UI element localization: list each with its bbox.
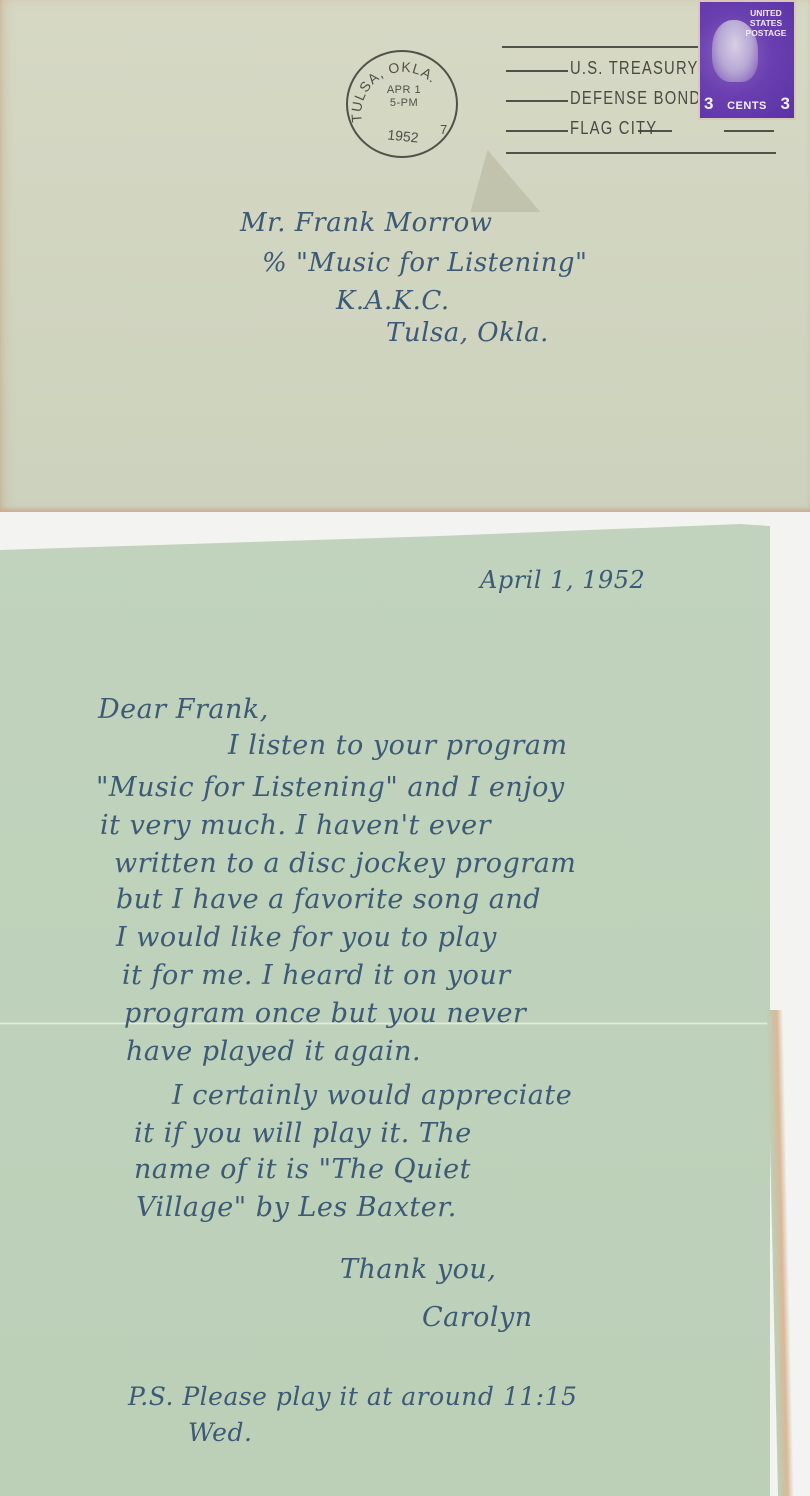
address-line-1: Mr. Frank Morrow: [240, 208, 493, 238]
postage-stamp: UNITED STATES POSTAGE 3 CENTS 3: [700, 2, 794, 118]
letter-line: "Music for Listening" and I enjoy: [96, 772, 565, 803]
letter-line: I listen to your program: [228, 730, 568, 761]
letter-line: written to a disc jockey program: [114, 848, 576, 879]
letter-closing: Thank you,: [340, 1254, 496, 1285]
slogan-line-1: U.S. TREASURY: [570, 58, 699, 79]
envelope: TULSA, OKLA. 7 APR 1 5-PM 1952 U.S. TREA…: [0, 0, 810, 512]
letter-line: it for me. I heard it on your: [122, 960, 511, 991]
letter-line: but I have a favorite song and: [116, 884, 541, 915]
postmark-date: APR 1 5-PM: [376, 84, 432, 110]
letter-line: it very much. I haven't ever: [100, 810, 491, 841]
address-line-2: % "Music for Listening": [262, 248, 587, 278]
address-line-4: Tulsa, Okla.: [386, 318, 549, 348]
letter-signature: Carolyn: [422, 1302, 533, 1333]
svg-text:7: 7: [440, 122, 447, 137]
postscript-line-2: Wed.: [188, 1418, 252, 1447]
postmark-time-text: 5-PM: [376, 97, 432, 110]
letter-line: I would like for you to play: [116, 922, 497, 953]
postmark: TULSA, OKLA. 7 APR 1 5-PM 1952: [346, 50, 458, 158]
letter-line: have played it again.: [126, 1036, 421, 1067]
stamp-header: UNITED STATES POSTAGE: [744, 8, 788, 38]
stamp-value: 3 CENTS 3: [704, 94, 790, 114]
letter-line: program once but you never: [124, 998, 526, 1029]
letter-line: I certainly would appreciate: [172, 1080, 572, 1111]
tape-piece: [462, 150, 541, 212]
postscript-line-1: P.S. Please play it at around 11:15: [128, 1382, 577, 1411]
postmark-date-text: APR 1: [376, 84, 432, 97]
address-line-3: K.A.K.C.: [336, 286, 450, 316]
letter-edge: [767, 1010, 794, 1496]
letter-salutation: Dear Frank,: [98, 694, 269, 725]
letter-line: name of it is "The Quiet: [134, 1154, 471, 1185]
letter-line: it if you will play it. The: [134, 1118, 472, 1149]
letter-date: April 1, 1952: [480, 566, 645, 594]
slogan-line-2: DEFENSE BOND: [570, 88, 701, 109]
slogan-line-3: FLAG CITY: [570, 118, 657, 139]
letter-line: Village" by Les Baxter.: [136, 1192, 457, 1223]
